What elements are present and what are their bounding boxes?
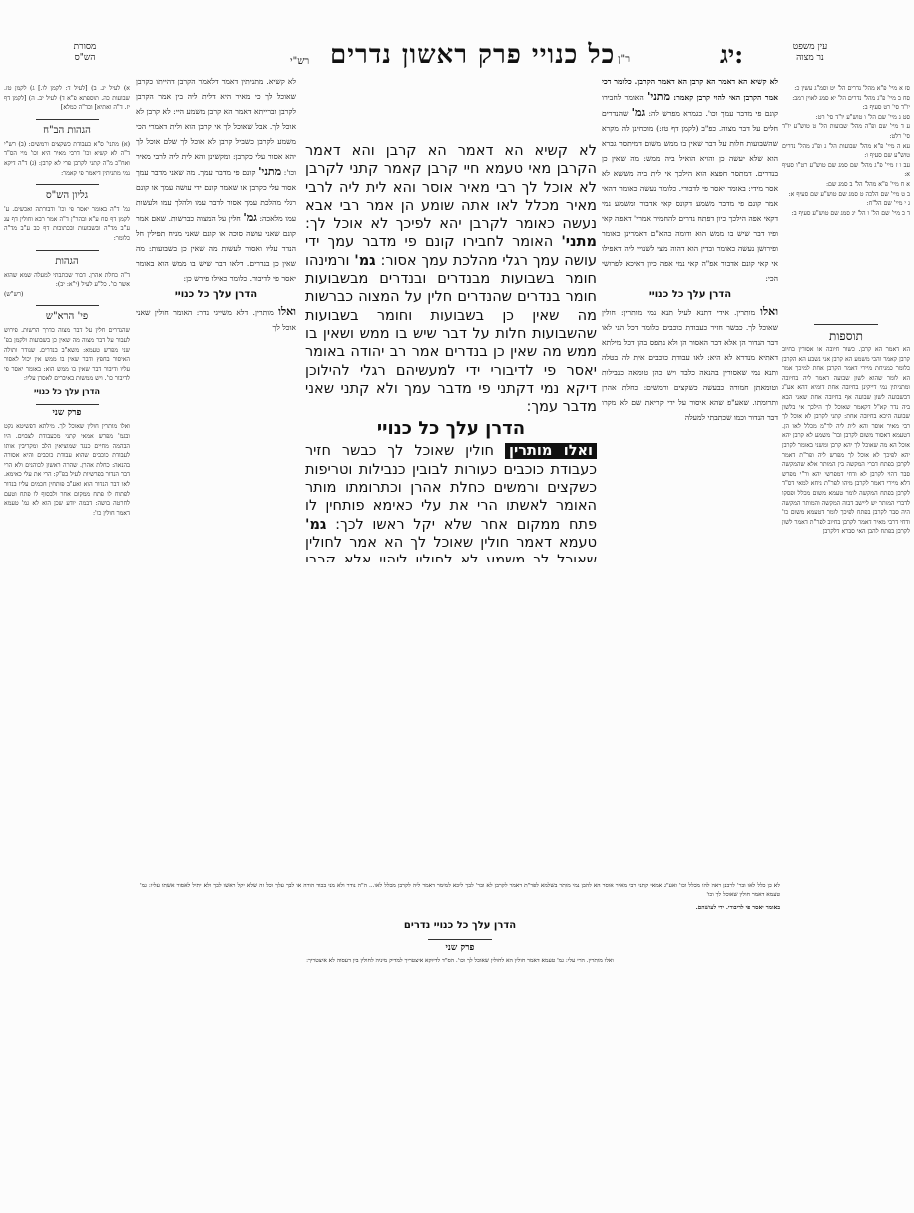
ein-mishpat-entry: סט ג מיי' שם הל' ו טוש"ע יו"ד סי' רט: [782, 113, 910, 123]
ein-mishpat-entry: ב ט מיי' שם הלכה ט סמג שם טוש"ע שם סעיף … [782, 190, 910, 200]
rosh-hadran: הדרן עלך כל כנויי [4, 386, 130, 398]
masoret-entries: א) לעיל יג. ב) [לעיל ד: לקמן לו.] ג) לקמ… [4, 84, 130, 113]
rashi-text-3: חלין על המצוה כברשות. שאם אמר קונם שאני … [136, 214, 296, 283]
ein-mishpat-entry: ג י מיי' שם הל"ח: [782, 199, 910, 209]
ein-mishpat-entry: סז א מיי' פ"א מהל' נדרים הל' יט וסמ"ג עש… [782, 84, 910, 94]
divider [36, 404, 99, 405]
divider [36, 305, 99, 306]
rosh-text-2: ואלו מותרין חולין שאוכל לך. מילתא דפשיטא… [4, 422, 130, 518]
page-title: כל כנויי פרק ראשון נדרים [330, 40, 615, 70]
rosh-heading: פי' הרא"ש [4, 310, 130, 324]
divider [428, 939, 492, 940]
ein-mishpat-entry: ד כ מיי' שם הל' ו הל' יג סמג שם טוש"ע סע… [782, 209, 910, 219]
mishnah-label: מתני' [561, 234, 597, 250]
ein-mishpat-entry: א ח מיי' פ"א מהל' הל' ב סמג שם: [782, 180, 910, 190]
gemara-text-1: לא קשיא הא דאמר הא קרבן והא דאמר הקרבן מ… [305, 143, 597, 232]
tosafot-column: תוספות הא דאמר הא קרבן. כשור חיובה או אס… [782, 318, 910, 878]
dibur-hamatchil: ידי לעושהם. [696, 905, 724, 911]
hagahot-source: (רש"ש) [4, 290, 130, 300]
gemara-label: גמ' [305, 517, 326, 533]
rashi-hadran: הדרן עלך כל כנויי [136, 288, 296, 302]
ein-mishpat-entry: עא ה מיי' פ"א מהל' שבועות הל' ג ופ"ג מהל… [782, 142, 910, 161]
gemara-text-3: ורמינהו חומר בשבועות מבנדרים ובנדרים מבש… [305, 253, 597, 415]
gemara-text-5: טעמא דאמר חולין שאוכל לך הא אמר לחולין ש… [305, 535, 597, 562]
rashi-column: לא קשיא. מתניתין דאמר דלאמר הקרבן דהייתו… [136, 74, 296, 634]
final-line: ואלו מותרין. הרי עלי: גמ' טעמא דאמר חולי… [140, 957, 780, 966]
gilyon-hashas-text: גמ' ד"ה באומר יאסר פי וכו' ודבורתה ואכשי… [4, 205, 130, 243]
gemara-column: לא קשיא הא דאמר הא קרבן והא דאמר הקרבן מ… [305, 142, 597, 562]
ran-perek-opening: ואלו [760, 305, 778, 318]
masoret-hashas-heading: מסורת הש"ס [55, 42, 115, 64]
ran-label: ר"ן [618, 54, 630, 65]
perek-sheni-heading: פרק שני [140, 944, 780, 953]
mishnah-label: מתני' [647, 90, 670, 103]
bottom-commentary-text: לא כן כלל לאו ובר' לרבנן ראה להו מכלל וכ… [140, 882, 780, 900]
rosh-text: שהנדרים חלין על דבר מצוה כדרך הרשות. פיר… [4, 326, 130, 384]
hagahot-bach-text: (א) מתני' ס"א כעבודת כשקצים ורמשים: (ב) … [4, 140, 130, 178]
gilyon-hashas-heading: גליון הש"ס [4, 189, 130, 203]
divider [36, 119, 99, 120]
daf-number: יג: [720, 40, 743, 70]
rashi-perek-opening: ואלו [278, 305, 296, 318]
masoret-column: א) לעיל יג. ב) [לעיל ד: לקמן לו.] ג) לקמ… [4, 84, 130, 874]
mishnah-label: מתני' [258, 165, 281, 178]
ran-hadran: הדרן עלך כל כנויי [602, 288, 778, 302]
ein-mishpat-entry: יו"ד סי' רט סעיף ב: [782, 103, 910, 113]
perek-sheni-heading: פרק שני [4, 409, 130, 419]
bottom-commentary: לא כן כלל לאו ובר' לרבנן ראה להו מכלל וכ… [140, 882, 780, 966]
talmud-page: מסורת הש"ס רש"י כל כנויי פרק ראשון נדרים… [0, 0, 914, 1213]
ein-mishpat-column: סז א מיי' פ"א מהל' נדרים הל' יט וסמ"ג עש… [782, 84, 910, 309]
rashi-text-4: מותרין. דלא משייגי נדר: האומר חולין שאני… [136, 308, 296, 332]
chapter-opening-word: ואלו מותרין [505, 443, 597, 459]
ran-column: לא קשיא הא דאמר הא קרבן הא דאמר הקרבן. כ… [602, 74, 778, 874]
ran-text-3: שהנדרים חלים על דבר מצוה. כפ"ב (לקמן דף … [602, 109, 778, 283]
ein-mishpat-entry: עב ו ז מיי' פ"ג מהל' שם סמג שם טוש"ע רט"… [782, 161, 910, 180]
rashi-label: רש"י [290, 56, 309, 67]
divider [814, 324, 878, 325]
hagahot-text: ד"ה כחלת אהרן. דבור שכתבתי למעלה שמא שהו… [4, 271, 130, 290]
divider [36, 184, 99, 185]
ran-text-5: לאו עבודת כוכבים אית לה בטלה ותנא נמי שא… [602, 353, 778, 422]
hagahot-bach-heading: הגהות הב"ח [4, 124, 130, 138]
gemara-label: גמ' [632, 106, 646, 119]
dibur-hamatchil: באומר יאסר פי לדיבורי. [726, 905, 780, 911]
tosafot-text: הא דאמר הא קרבן. כשור חיובה או אסורין בח… [782, 345, 910, 537]
gemara-text-2: האומר לחבירו קונם פי מדבר עמך ידי עושה ע… [305, 234, 597, 268]
chapter-end-hadran: הדרן עלך כל כנויי [305, 418, 597, 440]
ein-mishpat-heading: עין משפט נר מצוה [775, 42, 845, 64]
tosafot-heading: תוספות [782, 329, 910, 343]
divider [36, 250, 99, 251]
gemara-label: גמ' [354, 253, 375, 269]
hagahot-heading: הגהות [4, 255, 130, 269]
rashi-text-1: לא קשיא. מתניתין דאמר דלאמר הקרבן דהייתו… [136, 77, 296, 177]
hadran-nedarim: הדרן עלך כל כנויי נדרים [140, 919, 780, 933]
gemara-label: גמ' [243, 211, 257, 224]
ein-mishpat-entry: ע ד מיי' שם ופ"ה מהל' שבועות הל' ט טוש"ע… [782, 122, 910, 141]
ein-mishpat-entry: סח ב מיי' פ"ג מהל' נדרים הל' יא סמג לאוי… [782, 94, 910, 104]
